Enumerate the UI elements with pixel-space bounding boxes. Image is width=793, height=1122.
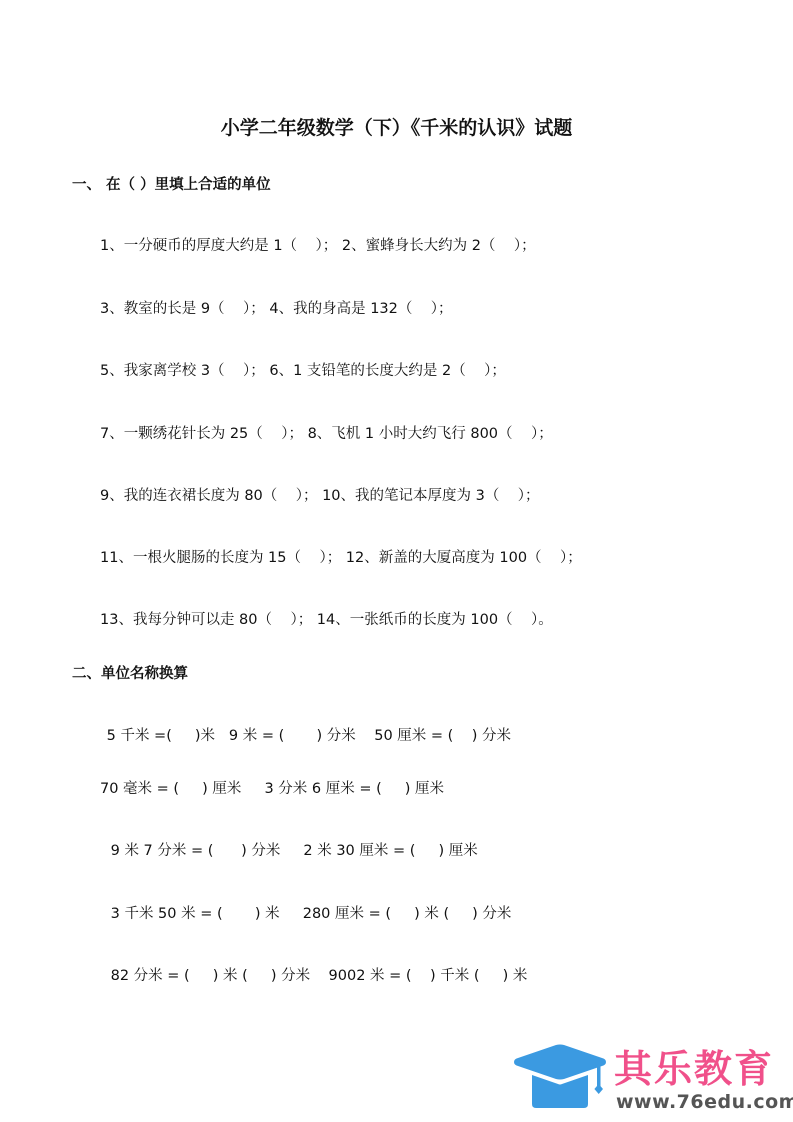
section-heading-1: 一、 在（ ）里填上合适的单位	[72, 173, 271, 194]
watermark-logo: 其乐教育 www.76edu.com	[512, 1042, 787, 1114]
brand-name: 其乐教育	[614, 1038, 774, 1093]
question-line: 5、我家离学校 3（ ）； 6、1 支铅笔的长度大约是 2（ ）；	[100, 359, 506, 380]
conversion-line: 3 千米 50 米 = ( ) 米 280 厘米 = ( ) 米 ( ) 分米	[106, 902, 511, 923]
conversion-line: 82 分米 = ( ) 米 ( ) 分米 9002 米 = ( ) 千米 ( )…	[106, 964, 527, 985]
question-line: 1、一分硬币的厚度大约是 1（ ）； 2、蜜蜂身长大约为 2（ ）；	[100, 234, 536, 255]
question-line: 3、教室的长是 9（ ）； 4、我的身高是 132（ ）；	[100, 297, 453, 318]
conversion-line: 5 千米 =( )米 9 米 = ( ) 分米 50 厘米 = ( ) 分米	[102, 724, 511, 745]
conversion-line: 70 毫米 = ( ) 厘米 3 分米 6 厘米 = ( ) 厘米	[100, 777, 444, 798]
question-line: 13、我每分钟可以走 80（ ）； 14、一张纸币的长度为 100（ ）。	[100, 608, 553, 629]
question-line: 9、我的连衣裙长度为 80（ ）； 10、我的笔记本厚度为 3（ ）；	[100, 484, 540, 505]
page-title: 小学二年级数学（下）《千米的认识》试题	[0, 113, 793, 140]
brand-url: www.76edu.com	[616, 1091, 793, 1113]
graduation-cap-icon	[512, 1042, 612, 1112]
question-line: 7、一颗绣花针长为 25（ ）； 8、飞机 1 小时大约飞行 800（ ）；	[100, 422, 553, 443]
section-heading-2: 二、单位名称换算	[72, 662, 188, 683]
conversion-line: 9 米 7 分米 = ( ) 分米 2 米 30 厘米 = ( ) 厘米	[106, 839, 478, 860]
question-line: 11、一根火腿肠的长度为 15（ ）； 12、新盖的大厦高度为 100（ ）；	[100, 546, 582, 567]
